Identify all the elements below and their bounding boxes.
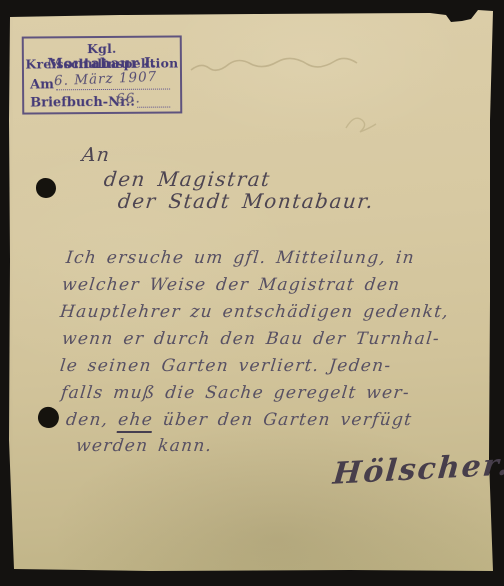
body-line-2: welcher Weise der Magistrat den: [61, 275, 402, 295]
recipient-city: der Stadt Montabaur.: [117, 189, 376, 213]
body-line-5: le seinen Garten verliert. Jeden-: [59, 356, 393, 376]
body-line-7-underlined-word: ehe: [117, 410, 154, 433]
body-line-4: wenn er durch den Bau der Turnhal-: [61, 329, 441, 349]
stamp-date-label: Am: [30, 77, 54, 92]
body-line-1: Ich ersuche um gfl. Mitteilung, in: [65, 248, 416, 268]
scanned-letter: Kgl. Kreisschulinspektion Montabaur I. A…: [0, 0, 504, 586]
punch-hole-top: [36, 178, 56, 198]
body-line-6: falls muß die Sache geregelt wer-: [60, 383, 411, 403]
stamp-refno-handwritten: 66.: [116, 90, 141, 107]
office-stamp: Kgl. Kreisschulinspektion Montabaur I. A…: [22, 35, 183, 114]
stamp-refno-dotted-line: [137, 95, 170, 108]
body-line-3: Hauptlehrer zu entschädigen gedenkt,: [59, 302, 450, 322]
body-line-8: werden kann.: [75, 436, 213, 456]
stamp-refno-row: Briefbuch-Nr.:: [30, 94, 172, 111]
recipient-salutation: An: [81, 144, 111, 166]
body-line-7: den, ehe über den Garten verfügt: [65, 410, 413, 430]
recipient-name: den Magistrat: [103, 167, 272, 191]
body-line-7-post: über den Garten verfügt: [152, 410, 413, 430]
body-line-7-pre: den,: [65, 410, 119, 430]
